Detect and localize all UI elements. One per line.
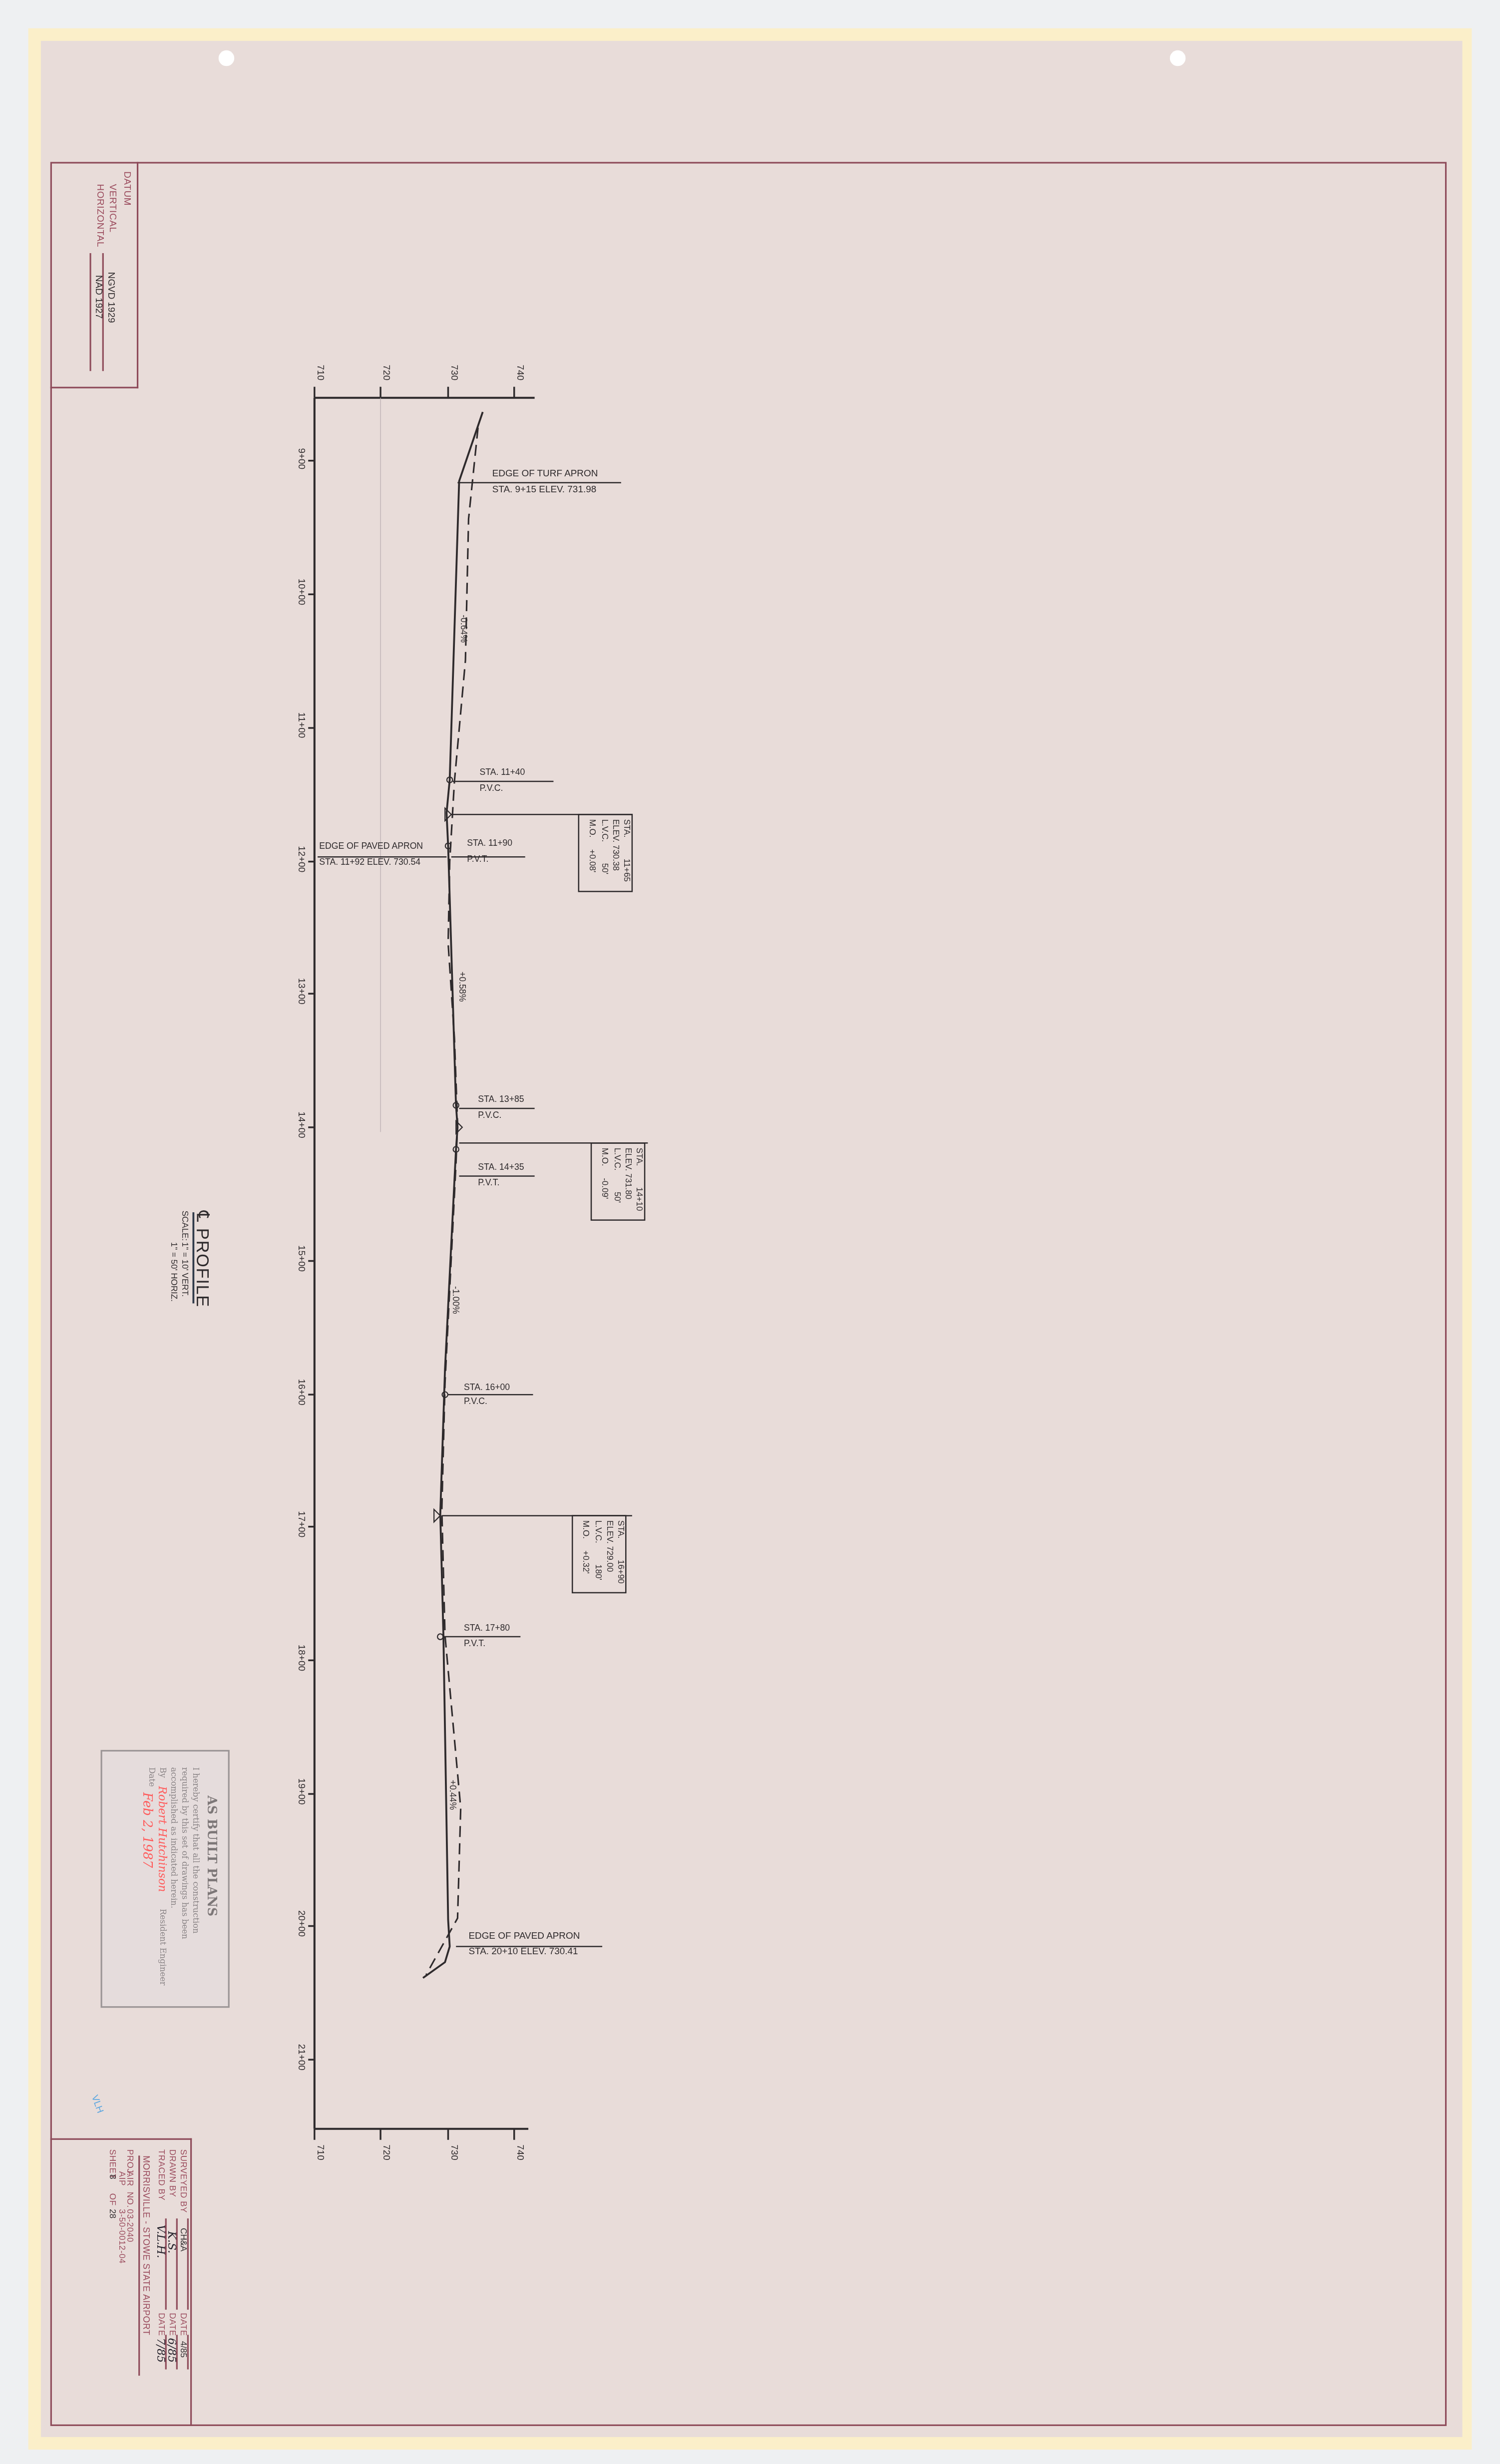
- pvc3-station: STA. 16+00: [464, 1384, 510, 1393]
- as-built-line2: required by this set of drawings has bee…: [179, 1767, 189, 1939]
- elev-label-top-740: 740: [514, 365, 524, 381]
- grade-label-4: +0.44%: [446, 1780, 456, 1810]
- as-built-line1: I hereby certify that all the constructi…: [190, 1767, 200, 1933]
- pvt1-label: P.V.T.: [467, 855, 488, 865]
- pvc2-label: P.V.C.: [478, 1111, 501, 1121]
- station-label-16: 16+00: [296, 1379, 305, 1406]
- pvc3-label: P.V.C.: [464, 1398, 487, 1407]
- station-label-21: 21+00: [296, 2044, 305, 2071]
- proj-no-2: 3-50-0012-04: [116, 2209, 126, 2264]
- station-label-20: 20+00: [296, 1910, 305, 1937]
- scale-label: SCALE:: [179, 1211, 189, 1241]
- pvt3-station: STA. 17+80: [464, 1624, 510, 1634]
- pvc1-station: STA. 11+40: [479, 769, 525, 778]
- station-label-13: 13+00: [296, 978, 305, 1005]
- as-built-date: Feb 2, 1987: [140, 1792, 154, 1868]
- elev-label-top-720: 720: [380, 365, 390, 381]
- grade-label-3: -1.00%: [450, 1286, 459, 1314]
- elev-label-top-730: 730: [448, 365, 457, 381]
- station-label-19: 19+00: [296, 1778, 305, 1805]
- paved-apron2-station: STA. 20+10 ELEV. 730.41: [468, 1948, 578, 1958]
- as-built-date-label: Date: [146, 1767, 156, 1786]
- as-built-heading: AS BUILT PLANS: [204, 1795, 220, 1916]
- paved-apron1-title: EDGE OF PAVED APRON: [319, 843, 423, 852]
- scale-horizontal: 1" = 50' HORIZ.: [168, 1242, 178, 1302]
- sheet-number: 8: [107, 2174, 116, 2179]
- proj-type-2: AIP: [116, 2171, 126, 2186]
- paved-apron2-title: EDGE OF PAVED APRON: [468, 1932, 580, 1942]
- turf-apron-station: STA. 9+15 ELEV. 731.98: [492, 486, 597, 495]
- elev-label-top-710: 710: [315, 365, 324, 381]
- surveyed-date-value: 4/85: [178, 2341, 187, 2358]
- project-name: MORRISVILLE - STOWE STATE AIRPORT: [140, 2155, 149, 2335]
- sheet-total: 28: [107, 2209, 116, 2218]
- elev-label-bottom-740: 740: [514, 2144, 524, 2160]
- scale-vertical: 1" = 10' VERT.: [179, 1242, 189, 1297]
- station-label-11: 11+00: [296, 712, 305, 738]
- grade-label-1: -0.64%: [457, 615, 467, 643]
- as-built-signature: Robert Hutchinson: [156, 1786, 168, 1892]
- proposed-grade-line: [423, 412, 483, 1978]
- as-built-by-label: By: [157, 1767, 167, 1777]
- station-label-15: 15+00: [296, 1245, 305, 1272]
- sheet-of-label: OF: [107, 2193, 116, 2206]
- station-label-10: 10+00: [296, 579, 305, 605]
- station-label-17: 17+00: [296, 1511, 305, 1537]
- pvt1-station: STA. 11+90: [467, 840, 512, 849]
- pvc2-station: STA. 13+85: [478, 1096, 524, 1105]
- profile-title: ℄ PROFILE: [192, 1211, 212, 1308]
- title-block: SURVEYED BY CH&A DATE 4/85 DRAWN BY K.S.…: [50, 2138, 192, 2426]
- pvt2-label: P.V.T.: [478, 1179, 499, 1189]
- pvt2-station: STA. 14+35: [478, 1163, 524, 1173]
- turf-apron-title: EDGE OF TURF APRON: [492, 470, 598, 480]
- elev-label-bottom-710: 710: [315, 2144, 324, 2160]
- surveyed-by-value: CH&A: [178, 2228, 187, 2251]
- pvc1-label: P.V.C.: [479, 784, 503, 794]
- traced-date-label: DATE: [156, 2313, 165, 2336]
- drawing-stage: DATUM VERTICAL HORIZONTAL NGVD 1929 NAD …: [0, 0, 1500, 2464]
- proj-no-label: NO.: [124, 2192, 134, 2208]
- vpi-box-1-text: STA. 11+65 ELEV. 730.38 L.V.C. 50' M.O. …: [585, 819, 631, 882]
- station-label-12: 12+00: [296, 846, 305, 872]
- existing-ground-line: [426, 428, 478, 1975]
- profile-chart: [0, 0, 1500, 2464]
- traced-by-label: TRACED BY: [156, 2149, 165, 2201]
- vpi-box-3-text: STA. 16+90 ELEV. 729.00 L.V.C. 180' M.O.…: [579, 1520, 624, 1584]
- surveyed-by-label: SURVEYED BY: [178, 2149, 187, 2213]
- drawn-date-label: DATE: [167, 2313, 176, 2336]
- pvt3-label: P.V.T.: [464, 1640, 485, 1649]
- elev-label-bottom-720: 720: [380, 2144, 390, 2160]
- elev-label-bottom-730: 730: [448, 2144, 457, 2160]
- vpi-box-2-text: STA. 14+10 ELEV. 731.80 L.V.C. 50' M.O. …: [598, 1148, 643, 1211]
- as-built-stamp: AS BUILT PLANS I hereby certify that all…: [101, 1750, 230, 2008]
- station-label-18: 18+00: [296, 1645, 305, 1671]
- as-built-line3: accomplished as indicated herein.: [168, 1767, 178, 1908]
- paved-apron1-station: STA. 11+92 ELEV. 730.54: [319, 858, 420, 868]
- as-built-role: Resident Engineer: [157, 1909, 167, 1986]
- station-label-9: 9+00: [296, 448, 305, 469]
- drawn-by-label: DRAWN BY: [167, 2149, 176, 2197]
- surveyed-date-label: DATE: [178, 2313, 187, 2336]
- station-label-14: 14+00: [296, 1111, 305, 1138]
- grade-label-2: +0.58%: [456, 972, 465, 1002]
